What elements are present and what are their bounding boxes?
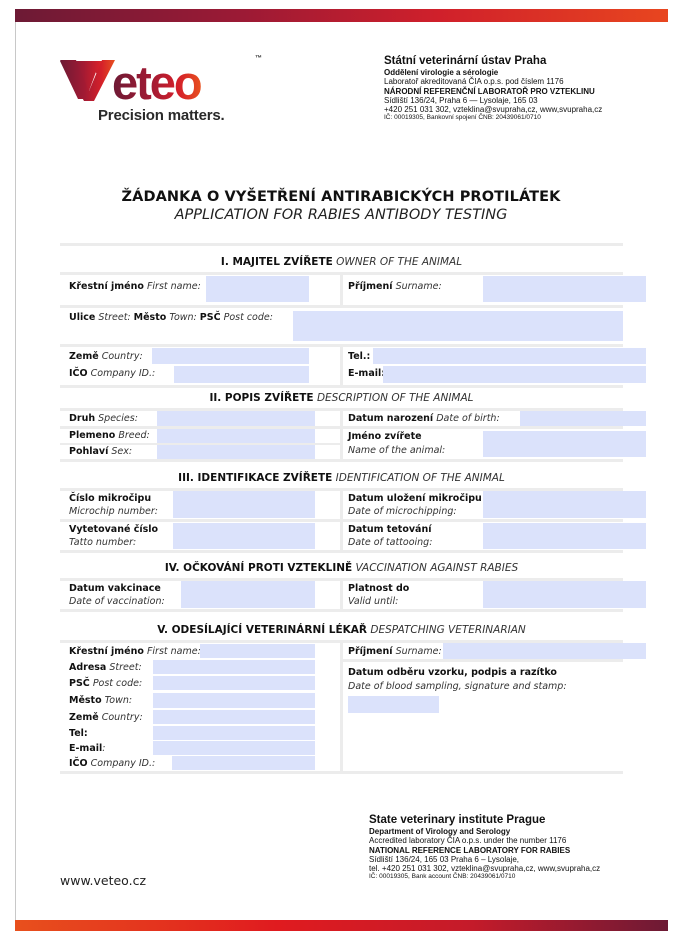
owner-first-name-label: Křestní jméno First name: bbox=[69, 281, 201, 293]
footer-website-link[interactable]: www.veteo.cz bbox=[60, 873, 146, 888]
tattoo-date-input[interactable] bbox=[483, 523, 646, 549]
vet-postcode-input[interactable] bbox=[153, 676, 315, 690]
owner-company-id-label: IČO Company ID.: bbox=[69, 368, 155, 380]
page-subtitle: APPLICATION FOR RABIES ANTIBODY TESTING bbox=[0, 207, 682, 223]
owner-surname-cell: Příjmení Surname: bbox=[343, 275, 623, 305]
vet-company-id-input[interactable] bbox=[172, 756, 315, 770]
institute-department: Oddělení virologie a sérologie bbox=[384, 68, 602, 77]
page-title: ŽÁDANKA O VYŠETŘENÍ ANTIRABICKÝCH PROTIL… bbox=[0, 189, 682, 205]
section-heading: III. IDENTIFIKACE ZVÍŘETE IDENTIFICATION… bbox=[60, 468, 623, 488]
institute-header-cz: Státní veterinární ústav Praha Oddělení … bbox=[384, 55, 602, 122]
owner-surname-input[interactable] bbox=[483, 276, 646, 302]
owner-tel-email-cell: Tel.: E-mail: bbox=[343, 347, 623, 385]
institute-department-en: Department of Virology and Serology bbox=[369, 827, 600, 836]
veteo-logo: eteo ™ Precision matters. bbox=[60, 55, 275, 130]
microchip-date-cell: Datum uložení mikročipu Date of microchi… bbox=[343, 491, 623, 519]
tattoo-number-label-cz: Vytetované číslo bbox=[69, 524, 158, 536]
section-heading-en: VACCINATION AGAINST RABIES bbox=[356, 562, 519, 574]
institute-accreditation: Laboratoř akreditovaná ČIA o.p.s. pod čí… bbox=[384, 77, 602, 86]
section-heading-cz: II. POPIS ZVÍŘETE bbox=[209, 392, 313, 404]
section-heading: I. MAJITEL ZVÍŘETE OWNER OF THE ANIMAL bbox=[60, 246, 623, 272]
vet-tel-label: Tel: bbox=[69, 728, 88, 740]
institute-address-en: Sídliští 136/24, 165 03 Praha 6 – Lysola… bbox=[369, 855, 600, 864]
animal-sex-input[interactable] bbox=[157, 445, 315, 459]
animal-name-label-cz: Jméno zvířete bbox=[348, 431, 422, 443]
institute-national-lab: NÁRODNÍ REFERENČNÍ LABORATOŘ PRO VZTEKLI… bbox=[384, 87, 602, 96]
vet-sampling-label-en: Date of blood sampling, signature and st… bbox=[348, 681, 567, 693]
institute-ids-en: IČ: 00019305, Bank account ČNB: 20439061… bbox=[369, 873, 600, 880]
vet-sampling-input[interactable] bbox=[348, 696, 439, 713]
animal-dob-input[interactable] bbox=[520, 411, 646, 426]
institute-footer-en: State veterinary institute Prague Depart… bbox=[369, 814, 600, 881]
section-veterinarian: V. ODESÍLAJÍCÍ VETERINÁRNÍ LÉKAŘ DESPATC… bbox=[60, 620, 623, 774]
section-heading-cz: III. IDENTIFIKACE ZVÍŘETE bbox=[178, 472, 332, 484]
microchip-number-input[interactable] bbox=[173, 491, 315, 518]
animal-species-input[interactable] bbox=[157, 411, 315, 426]
animal-row-2: Plemeno Breed: Pohlaví Sex: Jméno zvířet… bbox=[60, 429, 623, 462]
page-edge-line bbox=[15, 9, 16, 931]
vet-postcode-label: PSČ Post code: bbox=[69, 678, 142, 690]
vet-country-label: Země Country: bbox=[69, 712, 143, 724]
animal-name-label-en: Name of the animal: bbox=[348, 445, 445, 457]
vaccination-date-input[interactable] bbox=[181, 581, 315, 608]
footer-color-bar bbox=[15, 920, 668, 931]
section-heading: II. POPIS ZVÍŘETE DESCRIPTION OF THE ANI… bbox=[60, 388, 623, 408]
valid-until-cell: Platnost do Valid until: bbox=[343, 581, 623, 609]
valid-until-label-en: Valid until: bbox=[348, 596, 398, 608]
vet-surname-label: Příjmení Surname: bbox=[348, 646, 442, 658]
owner-tel-label: Tel.: bbox=[348, 351, 370, 363]
owner-row-names: Křestní jméno First name: Příjmení Surna… bbox=[60, 275, 623, 308]
vet-country-input[interactable] bbox=[153, 710, 315, 724]
animal-dob-label: Datum narození Date of birth: bbox=[348, 413, 500, 425]
animal-dob-cell: Datum narození Date of birth: bbox=[343, 411, 623, 426]
animal-breed-label: Plemeno Breed: bbox=[69, 430, 150, 442]
vet-email-label: E-mail: bbox=[69, 743, 105, 755]
vaccination-date-label-cz: Datum vakcinace bbox=[69, 583, 161, 595]
section-heading-en: IDENTIFICATION OF THE ANIMAL bbox=[336, 472, 505, 484]
institute-name-en: State veterinary institute Prague bbox=[369, 814, 600, 827]
svg-text:eteo: eteo bbox=[112, 56, 201, 105]
institute-accreditation-en: Accredited laboratory ČIA o.p.s. under t… bbox=[369, 836, 600, 845]
section-animal: II. POPIS ZVÍŘETE DESCRIPTION OF THE ANI… bbox=[60, 388, 623, 462]
vaccination-date-cell: Datum vakcinace Date of vaccination: bbox=[60, 581, 343, 609]
veterinarian-row: Křestní jméno First name: Adresa Street:… bbox=[60, 643, 623, 774]
section-heading-en: DESPATCHING VETERINARIAN bbox=[370, 624, 525, 636]
trademark-mark: ™ bbox=[255, 55, 262, 62]
section-vaccination: IV. OČKOVÁNÍ PROTI VZTEKLINĚ VACCINATION… bbox=[60, 558, 623, 612]
owner-row-address: Ulice Street: Město Town: PSČ Post code: bbox=[60, 308, 623, 347]
microchip-date-label-cz: Datum uložení mikročipu bbox=[348, 493, 482, 505]
section-identification: III. IDENTIFIKACE ZVÍŘETE IDENTIFICATION… bbox=[60, 468, 623, 553]
section-heading-en: OWNER OF THE ANIMAL bbox=[336, 256, 462, 268]
vet-town-label: Město Town: bbox=[69, 695, 132, 707]
owner-email-label: E-mail: bbox=[348, 368, 385, 380]
microchip-number-label-en: Microchip number: bbox=[69, 506, 158, 518]
veteo-wordmark-icon: eteo bbox=[60, 55, 260, 105]
vet-street-input[interactable] bbox=[153, 660, 315, 674]
section-heading-cz: V. ODESÍLAJÍCÍ VETERINÁRNÍ LÉKAŘ bbox=[157, 624, 367, 636]
owner-address-input[interactable] bbox=[293, 311, 623, 341]
animal-name-cell: Jméno zvířete Name of the animal: bbox=[343, 429, 623, 459]
vet-sampling-label-cz: Datum odběru vzorku, podpis a razítko bbox=[348, 667, 557, 679]
animal-name-input[interactable] bbox=[483, 431, 646, 457]
tattoo-number-input[interactable] bbox=[173, 523, 315, 549]
owner-country-input[interactable] bbox=[152, 348, 309, 364]
animal-breed-input[interactable] bbox=[157, 429, 315, 443]
microchip-number-label-cz: Číslo mikročipu bbox=[69, 493, 151, 505]
section-owner: I. MAJITEL ZVÍŘETE OWNER OF THE ANIMAL K… bbox=[60, 243, 623, 388]
tattoo-number-cell: Vytetované číslo Tatto number: bbox=[60, 522, 343, 550]
owner-address-label: Ulice Street: Město Town: PSČ Post code: bbox=[69, 312, 273, 324]
animal-breed-sex-cell: Plemeno Breed: Pohlaví Sex: bbox=[60, 429, 343, 459]
tattoo-date-label-en: Date of tattooing: bbox=[348, 537, 432, 549]
vaccination-row: Datum vakcinace Date of vaccination: Pla… bbox=[60, 581, 623, 612]
row-divider bbox=[343, 659, 623, 662]
header-color-bar bbox=[15, 9, 668, 22]
animal-sex-label: Pohlaví Sex: bbox=[69, 446, 132, 458]
animal-species-cell: Druh Species: bbox=[60, 411, 343, 426]
section-heading-en: DESCRIPTION OF THE ANIMAL bbox=[317, 392, 474, 404]
institute-contact: +420 251 031 302, vzteklina@svupraha,cz,… bbox=[384, 105, 602, 114]
institute-contact-en: tel. +420 251 031 302, vzteklina@svuprah… bbox=[369, 864, 600, 873]
section-heading: IV. OČKOVÁNÍ PROTI VZTEKLINĚ VACCINATION… bbox=[60, 558, 623, 578]
vet-left-cell: Křestní jméno First name: Adresa Street:… bbox=[60, 643, 343, 771]
valid-until-label-cz: Platnost do bbox=[348, 583, 409, 595]
institute-ids: IČ: 00019305, Bankovní spojení ČNB: 2043… bbox=[384, 114, 602, 121]
identification-row-1: Číslo mikročipu Microchip number: Datum … bbox=[60, 491, 623, 522]
microchip-date-label-en: Date of microchipping: bbox=[348, 506, 457, 518]
vet-email-input[interactable] bbox=[153, 741, 315, 755]
vet-right-cell: Příjmení Surname: Datum odběru vzorku, p… bbox=[343, 643, 623, 771]
owner-country-label: Země Country: bbox=[69, 351, 143, 363]
owner-row-contact: Země Country: IČO Company ID.: Tel.: E-m… bbox=[60, 347, 623, 388]
owner-surname-label: Příjmení Surname: bbox=[348, 281, 442, 293]
animal-row-1: Druh Species: Datum narození Date of bir… bbox=[60, 411, 623, 429]
owner-tel-input[interactable] bbox=[373, 348, 646, 364]
institute-address: Sídliští 136/24, Praha 6 — Lysolaje, 165… bbox=[384, 96, 602, 105]
owner-address-cell: Ulice Street: Město Town: PSČ Post code: bbox=[60, 308, 623, 344]
section-heading-cz: IV. OČKOVÁNÍ PROTI VZTEKLINĚ bbox=[165, 562, 352, 574]
identification-row-2: Vytetované číslo Tatto number: Datum tet… bbox=[60, 522, 623, 553]
section-heading: V. ODESÍLAJÍCÍ VETERINÁRNÍ LÉKAŘ DESPATC… bbox=[60, 620, 623, 640]
microchip-date-input[interactable] bbox=[483, 491, 646, 518]
tattoo-date-cell: Datum tetování Date of tattooing: bbox=[343, 522, 623, 550]
vet-tel-input[interactable] bbox=[153, 726, 315, 740]
owner-company-id-input[interactable] bbox=[174, 366, 309, 383]
institute-national-lab-en: NATIONAL REFERENCE LABORATORY FOR RABIES bbox=[369, 846, 600, 855]
tattoo-date-label-cz: Datum tetování bbox=[348, 524, 431, 536]
vet-company-id-label: IČO Company ID.: bbox=[69, 758, 155, 770]
vaccination-date-label-en: Date of vaccination: bbox=[69, 596, 165, 608]
logo-tagline: Precision matters. bbox=[98, 107, 224, 124]
institute-name: Státní veterinární ústav Praha bbox=[384, 55, 602, 68]
microchip-number-cell: Číslo mikročipu Microchip number: bbox=[60, 491, 343, 519]
tattoo-number-label-en: Tatto number: bbox=[69, 537, 136, 549]
animal-species-label: Druh Species: bbox=[69, 413, 138, 425]
vet-street-label: Adresa Street: bbox=[69, 662, 142, 674]
vet-surname-input[interactable] bbox=[443, 643, 646, 659]
vet-first-name-label: Křestní jméno First name: bbox=[69, 646, 201, 658]
owner-first-name-cell: Křestní jméno First name: bbox=[60, 275, 343, 305]
section-heading-cz: I. MAJITEL ZVÍŘETE bbox=[221, 256, 333, 268]
owner-country-company-cell: Země Country: IČO Company ID.: bbox=[60, 347, 343, 385]
owner-first-name-input[interactable] bbox=[206, 276, 309, 302]
owner-email-input[interactable] bbox=[383, 366, 646, 383]
vet-first-name-input[interactable] bbox=[200, 644, 315, 658]
vet-town-input[interactable] bbox=[153, 693, 315, 708]
valid-until-input[interactable] bbox=[483, 581, 646, 608]
